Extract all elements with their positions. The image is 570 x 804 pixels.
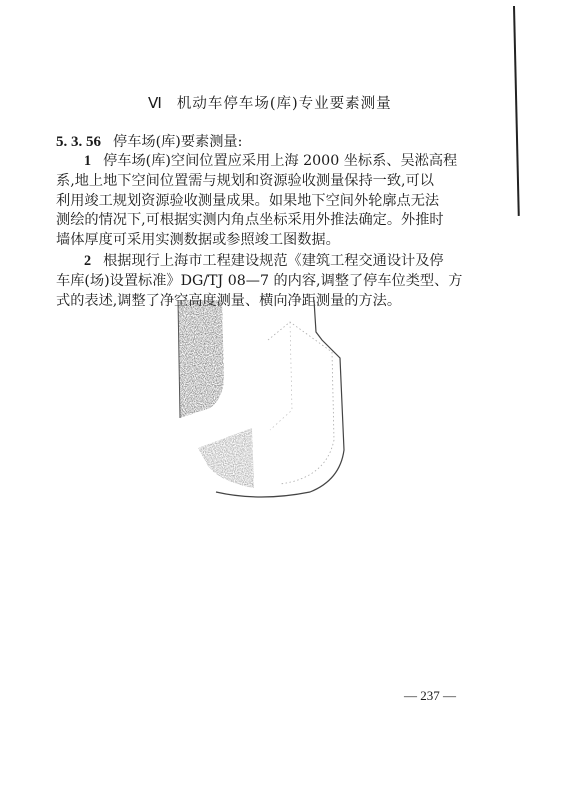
paragraph-line: 测绘的情况下,可根据实测内角点坐标采用外推法确定。外推时 — [56, 211, 466, 231]
paragraph-line: 墙体厚度可采用实测数据或参照竣工图数据。 — [56, 231, 466, 251]
section-title: Ⅵ机动车停车场(库)专业要素测量 — [148, 92, 392, 113]
paragraph-line: 1停车场(库)空间位置应采用上海 2000 坐标系、吴淞高程 — [56, 152, 466, 172]
clause-number: 5. 3. 56 — [56, 134, 101, 150]
paragraph-line: 车库(场)设置标准》DG/TJ 08—7 的内容,调整了停车位类型、方 — [56, 272, 466, 292]
item-1-paragraph: 1停车场(库)空间位置应采用上海 2000 坐标系、吴淞高程 系,地上地下空间位… — [56, 152, 466, 251]
paragraph-line: 利用竣工规划资源验收测量成果。如果地下空间外轮廓点无法 — [56, 192, 466, 212]
page-number: — 237 — — [404, 688, 456, 704]
section-title-text: 机动车停车场(库)专业要素测量 — [177, 96, 392, 112]
item-number: 1 — [84, 153, 91, 169]
scan-edge-line — [513, 6, 519, 216]
item-number: 2 — [84, 253, 91, 269]
clause-heading: 5. 3. 56停车场(库)要素测量: — [56, 131, 242, 151]
clause-heading-text: 停车场(库)要素测量: — [113, 134, 242, 150]
document-page: Ⅵ机动车停车场(库)专业要素测量 5. 3. 56停车场(库)要素测量: 1停车… — [0, 0, 570, 804]
paragraph-line: 2根据现行上海市工程建设规范《建筑工程交通设计及停 — [56, 252, 466, 272]
scan-artifact-graphic — [150, 300, 380, 510]
section-roman-numeral: Ⅵ — [148, 96, 163, 112]
paragraph-line: 系,地上地下空间位置需与规划和资源验收测量保持一致,可以 — [56, 172, 466, 192]
